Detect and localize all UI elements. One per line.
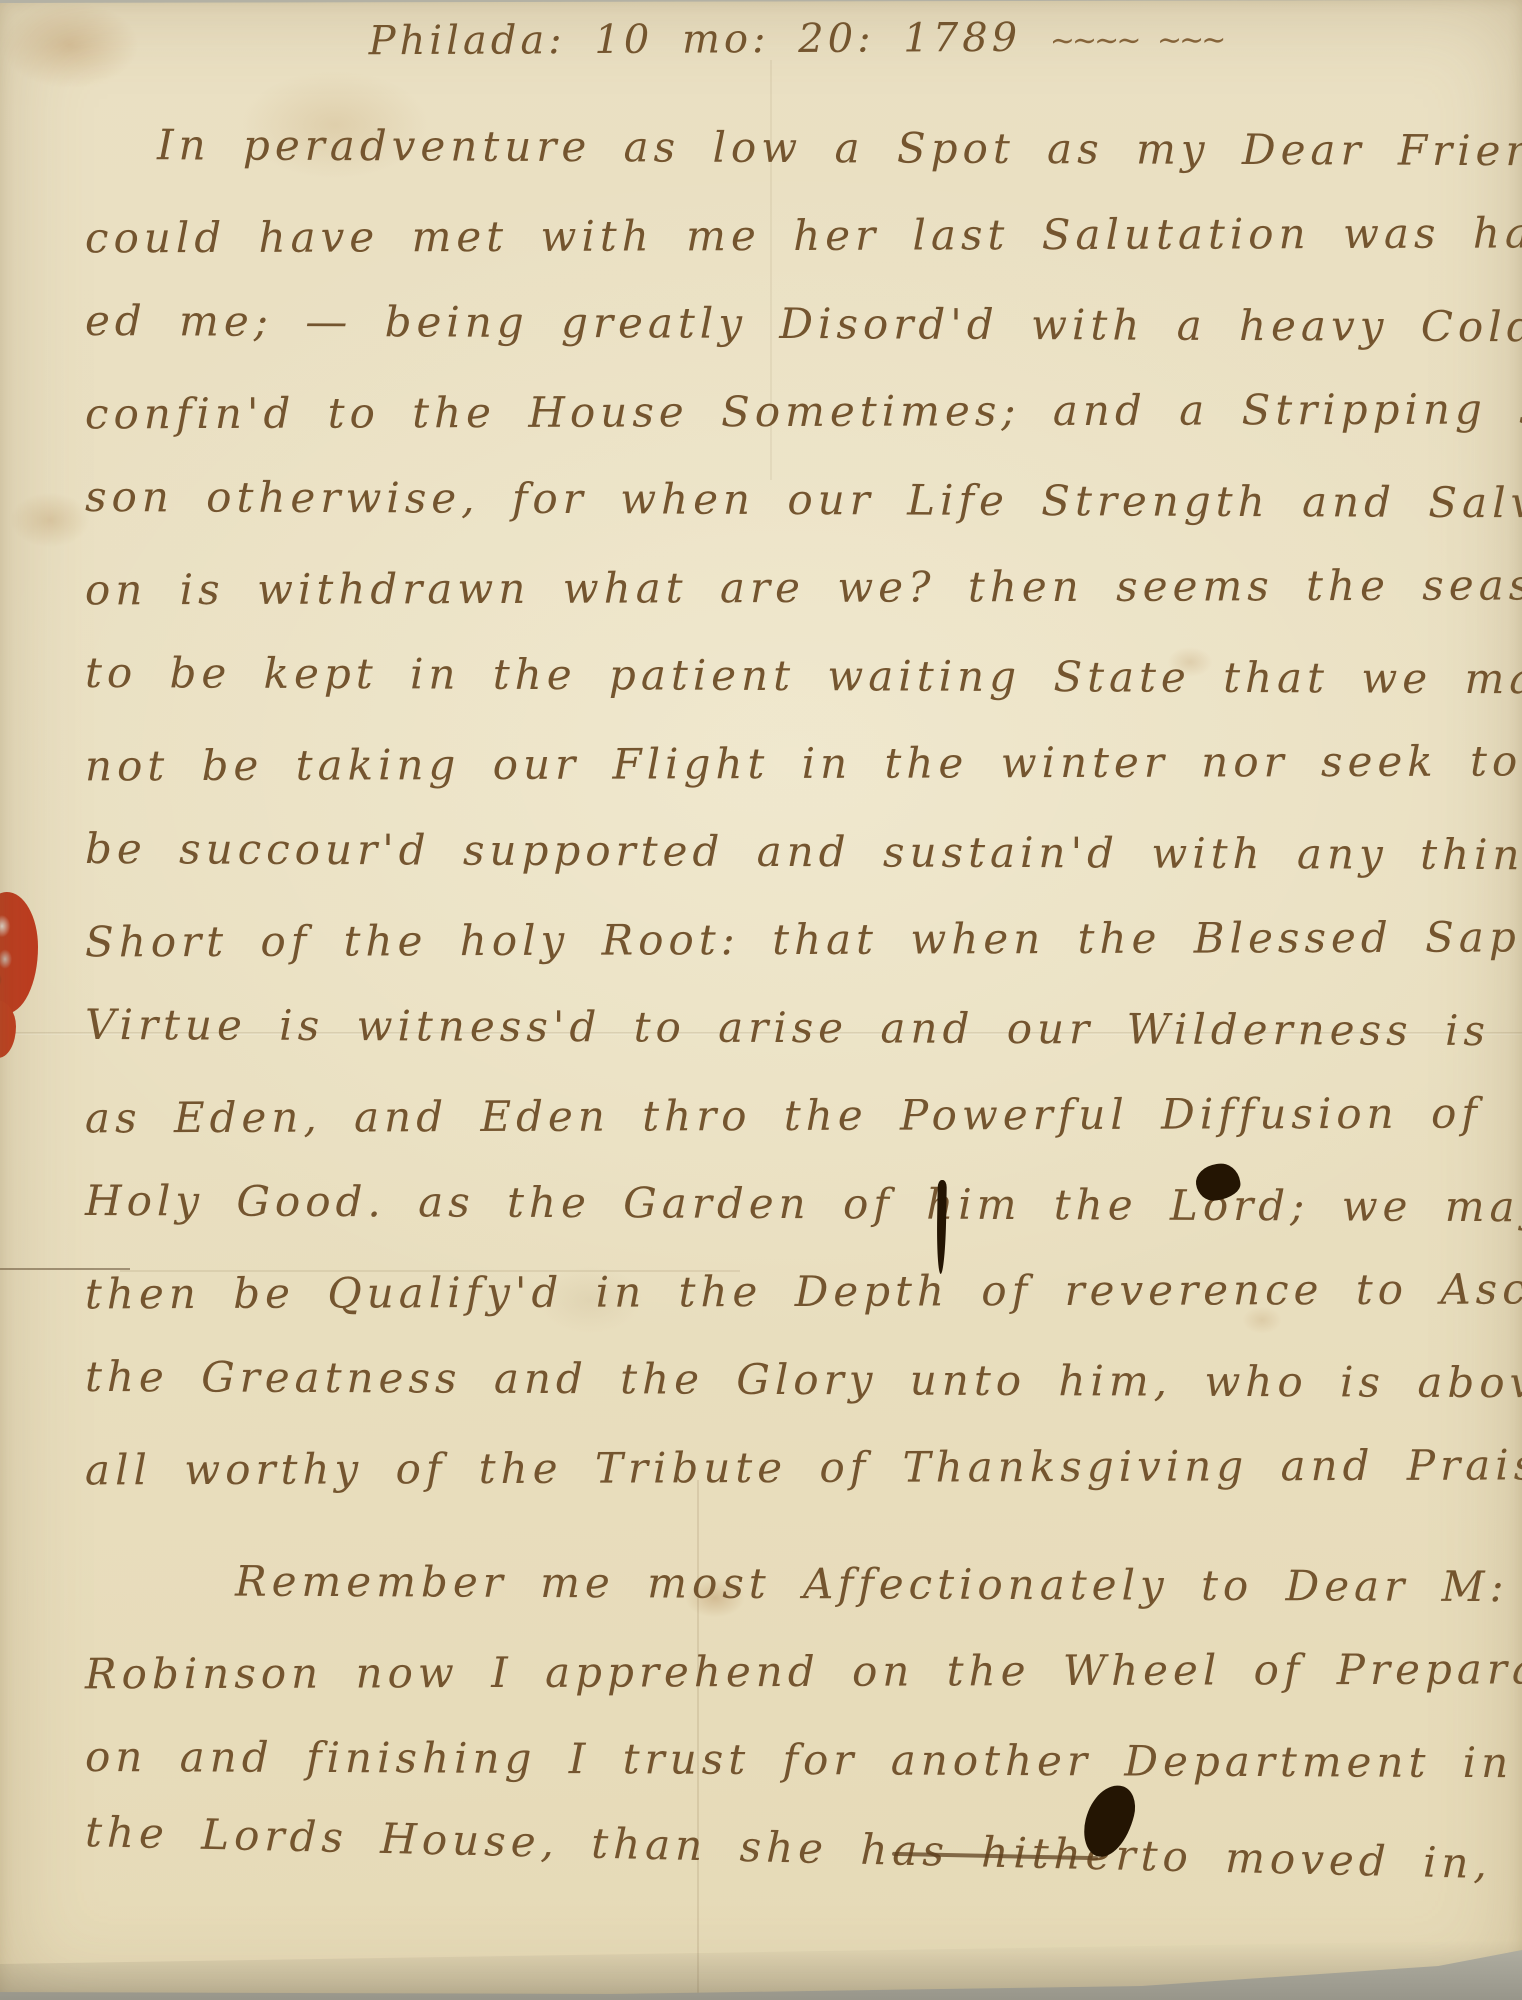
letter-line: be succour'd supported and sustain'd wit…: [85, 805, 1480, 899]
letter-line: on is withdrawn what are we? then seems …: [85, 542, 1480, 635]
paper-sheet: Philada: 10 mo: 20: 1789 ~~~~ ~~~ In per…: [0, 0, 1522, 2000]
letter-line: then be Qualify'd in the Depth of revere…: [85, 1246, 1480, 1339]
letter-line: all worthy of the Tribute of Thanksgivin…: [85, 1422, 1480, 1515]
paragraph: Remember me most Affectionately to Dear …: [85, 1540, 1480, 1892]
letter-line: ed me; — being greatly Disord'd with a h…: [85, 277, 1480, 371]
wax-seal-remnant: [0, 892, 40, 1067]
letter-line: In peradventure as low a Spot as my Dear…: [85, 101, 1480, 195]
dateline: Philada: 10 mo: 20: 1789 ~~~~ ~~~: [35, 12, 1522, 66]
letter-line: to be kept in the patient waiting State …: [85, 629, 1480, 723]
dateline-text: Philada: 10 mo: 20: 1789: [369, 15, 1022, 64]
dateline-flourish: ~~~~ ~~~: [1050, 23, 1224, 59]
paragraph: In peradventure as low a Spot as my Dear…: [85, 104, 1480, 1512]
letter-scan-canvas: Philada: 10 mo: 20: 1789 ~~~~ ~~~ In per…: [0, 0, 1522, 2000]
letter-body: In peradventure as low a Spot as my Dear…: [85, 104, 1480, 1892]
letter-line: as Eden, and Eden thro the Powerful Diff…: [85, 1070, 1480, 1163]
letter-line: Holy Good. as the Garden of him the Lord…: [85, 1157, 1480, 1251]
letter-line: could have met with me her last Salutati…: [85, 190, 1480, 283]
letter-line: confin'd to the House Sometimes; and a S…: [85, 366, 1480, 459]
letter-line: Robinson now I apprehend on the Wheel of…: [85, 1626, 1480, 1719]
letter-line: Virtue is witness'd to arise and our Wil…: [85, 981, 1480, 1075]
wax-seal-main-blob: [0, 892, 38, 1014]
letter-line: the Greatness and the Glory unto him, wh…: [85, 1333, 1480, 1427]
letter-line: son otherwise, for when our Life Strengt…: [85, 453, 1480, 547]
letter-line: Remember me most Affectionately to Dear …: [85, 1537, 1480, 1631]
letter-line: not be taking our Flight in the winter n…: [85, 718, 1480, 811]
letter-line: Short of the holy Root: that when the Bl…: [85, 894, 1480, 987]
